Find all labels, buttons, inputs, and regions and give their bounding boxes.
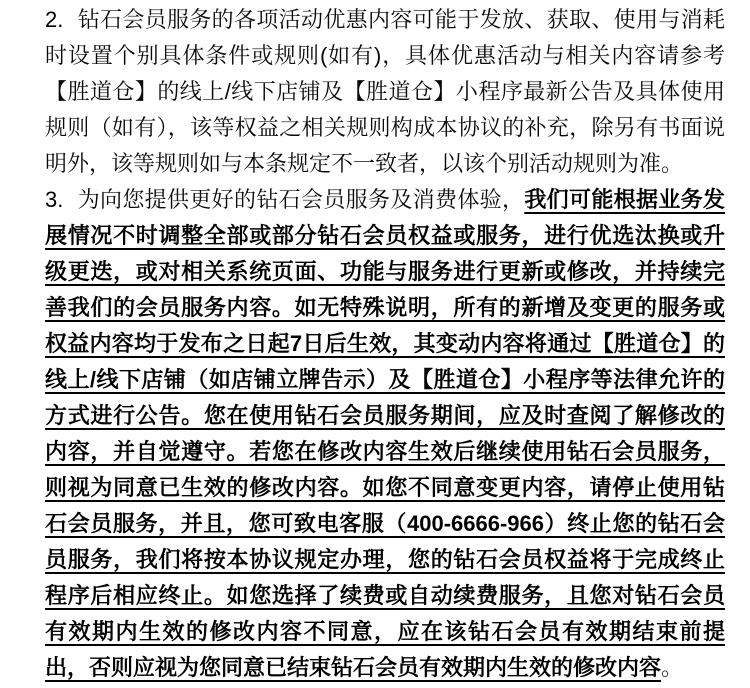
- clause-number: 3.: [45, 182, 63, 218]
- clause-text: 为向您提供更好的钻石会员服务及消费体验，: [77, 187, 524, 212]
- agreement-document: 2.钻石会员服务的各项活动优惠内容可能于发放、获取、使用与消耗时设置个别具体条件…: [0, 0, 750, 686]
- clause-list: 2.钻石会员服务的各项活动优惠内容可能于发放、获取、使用与消耗时设置个别具体条件…: [45, 2, 725, 686]
- clause-number: 2.: [45, 2, 63, 38]
- clause-paragraph: 3.为向您提供更好的钻石会员服务及消费体验，我们可能根据业务发展情况不时调整全部…: [45, 182, 725, 686]
- clause-text-emphasized: 我们可能根据业务发展情况不时调整全部或部分钻石会员权益或服务，进行优选汰换或升级…: [45, 187, 725, 680]
- clause-text: 。: [661, 655, 683, 680]
- clause-text: 钻石会员服务的各项活动优惠内容可能于发放、获取、使用与消耗时设置个别具体条件或规…: [45, 7, 725, 176]
- clause-paragraph: 2.钻石会员服务的各项活动优惠内容可能于发放、获取、使用与消耗时设置个别具体条件…: [45, 2, 725, 182]
